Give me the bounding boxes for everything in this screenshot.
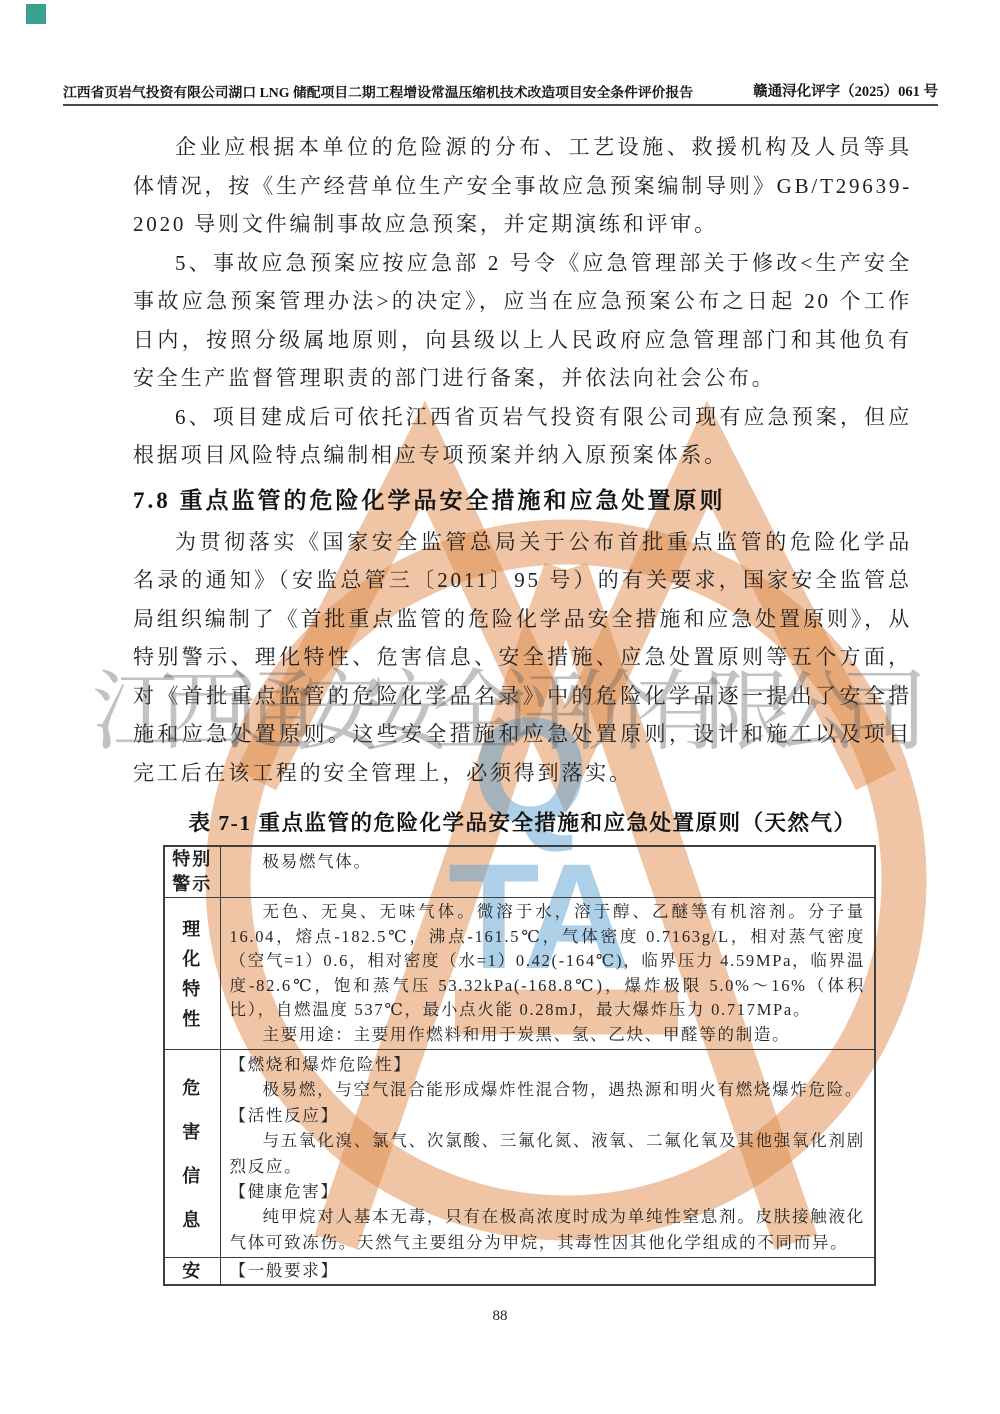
page-number: 88	[0, 1308, 1000, 1325]
cell-text: 极易燃，与空气混合能形成爆炸性混合物，遇热源和明火有燃烧爆炸危险。	[230, 1077, 866, 1102]
row-cell-physicochemical: 无色、无臭、无味气体。微溶于水，溶于醇、乙醚等有机溶剂。分子量 16.04，熔点…	[220, 898, 875, 1050]
page-header: 江西省页岩气投资有限公司湖口 LNG 储配项目二期工程增设常温压缩机技术改造项目…	[63, 80, 938, 106]
cell-text: 无色、无臭、无味气体。微溶于水，溶于醇、乙醚等有机溶剂。分子量 16.04，熔点…	[230, 900, 866, 1023]
row-cell-hazard-info: 【燃烧和爆炸危险性】 极易燃，与空气混合能形成爆炸性混合物，遇热源和明火有燃烧爆…	[220, 1050, 875, 1258]
row-label-physicochemical: 理化特性	[164, 898, 220, 1050]
cell-text: 【一般要求】	[230, 1260, 866, 1282]
header-report-title: 江西省页岩气投资有限公司湖口 LNG 储配项目二期工程增设常温压缩机技术改造项目…	[63, 81, 693, 101]
cell-text: 极易燃气体。	[230, 849, 866, 875]
row-cell-safety: 【一般要求】	[220, 1258, 875, 1286]
table-row-safety: 安 【一般要求】	[164, 1258, 875, 1286]
hazardous-chemical-table: 特别警示 极易燃气体。 理化特性 无色、无臭、无味气体。微溶于水，溶于醇、乙醚等…	[163, 845, 876, 1286]
cell-text: 与五氧化溴、氯气、次氯酸、三氟化氮、液氧、二氟化氧及其他强氧化剂剧烈反应。	[230, 1128, 866, 1179]
row-label-safety: 安	[164, 1258, 220, 1286]
corner-mark	[26, 4, 46, 24]
document-page: Q TA 江西省页岩气投资有限公司湖口 LNG 储配项目二期工程增设常温压缩机技…	[0, 0, 1000, 1414]
paragraph-item-6-existing-plan: 6、项目建成后可依托江西省页岩气投资有限公司现有应急预案，但应根据项目风险特点编…	[133, 398, 912, 475]
cell-text: 【健康危害】	[230, 1179, 866, 1204]
page-content: 企业应根据本单位的危险源的分布、工艺设施、救援机构及人员等具体情况，按《生产经营…	[133, 128, 912, 1286]
paragraph-emergency-plan-guideline: 企业应根据本单位的危险源的分布、工艺设施、救援机构及人员等具体情况，按《生产经营…	[133, 128, 912, 244]
cell-text: 主要用途：主要用作燃料和用于炭黑、氢、乙炔、甲醛等的制造。	[230, 1023, 866, 1048]
table-row-physicochemical: 理化特性 无色、无臭、无味气体。微溶于水，溶于醇、乙醚等有机溶剂。分子量 16.…	[164, 898, 875, 1050]
paragraph-key-supervision-intro: 为贯彻落实《国家安全监管总局关于公布首批重点监管的危险化学品名录的通知》（安监总…	[133, 523, 912, 793]
table-row-hazard-info: 危害信息 【燃烧和爆炸危险性】 极易燃，与空气混合能形成爆炸性混合物，遇热源和明…	[164, 1050, 875, 1258]
header-doc-number: 赣通浔化评字（2025）061 号	[753, 80, 938, 101]
cell-text: 【燃烧和爆炸危险性】	[230, 1052, 866, 1077]
section-heading-7-8: 7.8 重点监管的危险化学品安全措施和应急处置原则	[133, 481, 912, 521]
table-caption: 表 7-1 重点监管的危险化学品安全措施和应急处置原则（天然气）	[133, 806, 912, 837]
paragraph-item-5-filing: 5、事故应急预案应按应急部 2 号令《应急管理部关于修改<生产安全事故应急预案管…	[133, 244, 912, 398]
cell-text: 纯甲烷对人基本无毒，只有在极高浓度时成为单纯性窒息剂。皮肤接触液化气体可致冻伤。…	[230, 1204, 866, 1255]
table-row-special-warning: 特别警示 极易燃气体。	[164, 846, 875, 898]
row-label-special-warning: 特别警示	[164, 846, 220, 898]
row-cell-special-warning: 极易燃气体。	[220, 846, 875, 898]
cell-text: 【活性反应】	[230, 1103, 866, 1128]
row-label-hazard-info: 危害信息	[164, 1050, 220, 1258]
